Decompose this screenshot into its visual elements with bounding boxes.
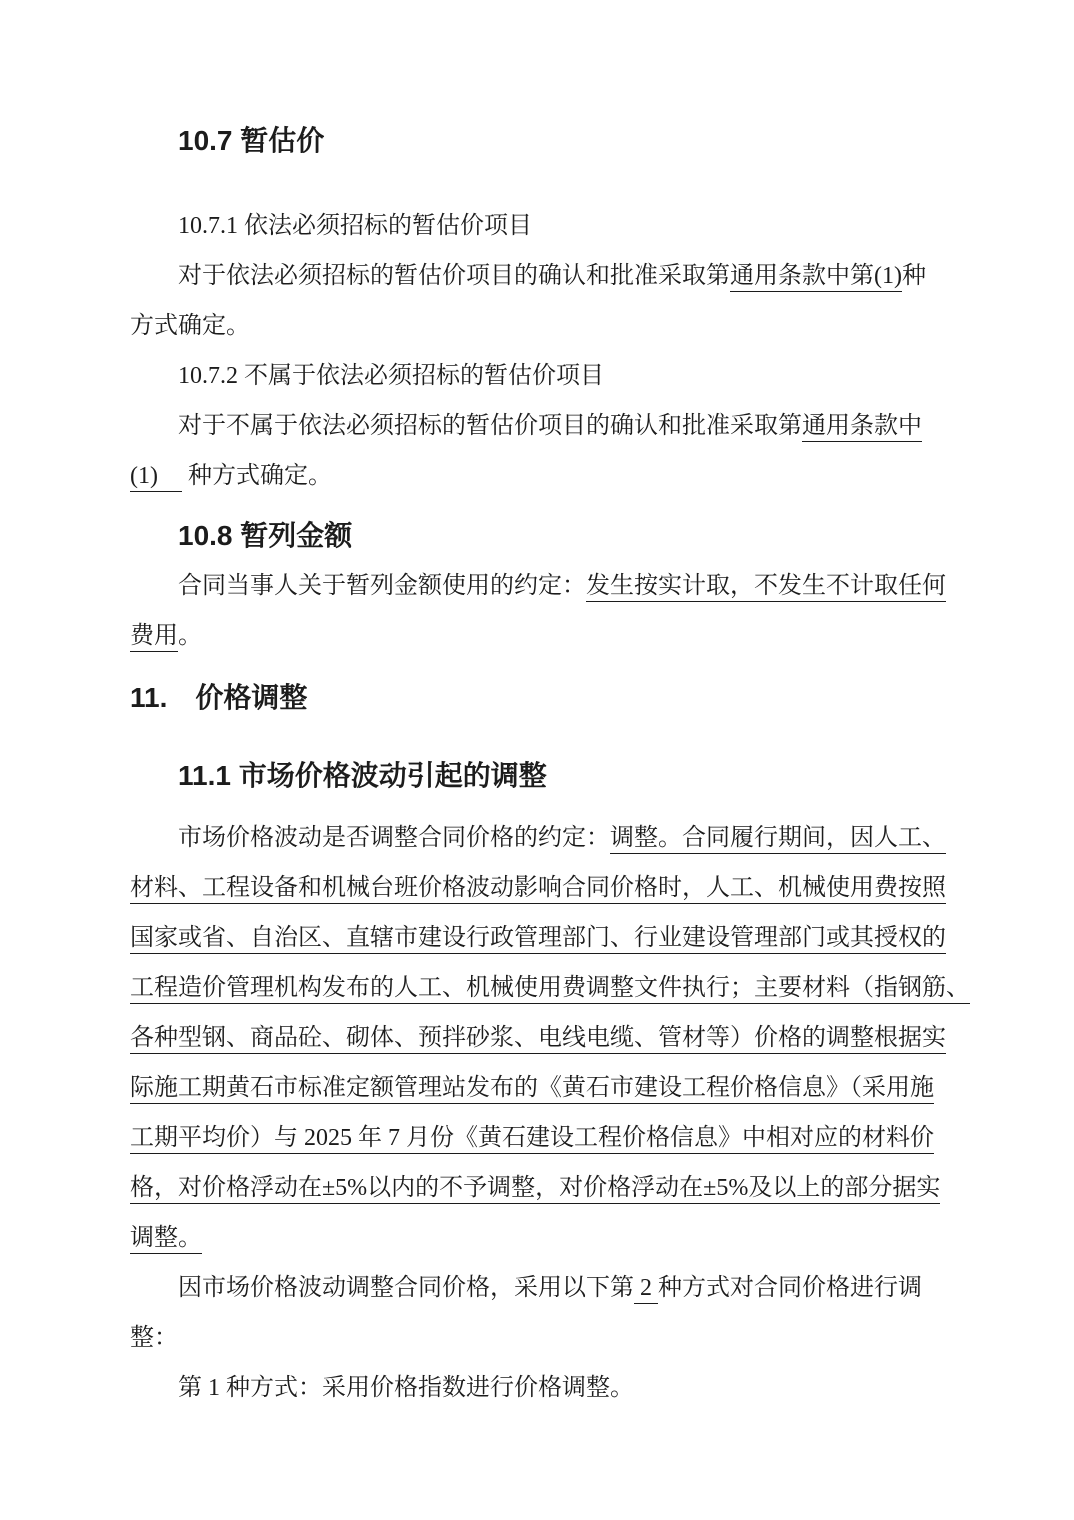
- para-text: 对于依法必须招标的暂估价项目的确认和批准采取第: [178, 263, 730, 289]
- para-10-7-2-line-1: 对于不属于依法必须招标的暂估价项目的确认和批准采取第通用条款中: [130, 401, 990, 451]
- filled-blank: 通用条款中: [802, 413, 922, 442]
- heading-section-10-8: 10.8 暂列金额: [130, 511, 990, 561]
- heading-section-11-1-text: 11.1 市场价格波动引起的调整: [178, 760, 547, 791]
- filled-blank: 费用: [130, 623, 178, 652]
- para-text: 。: [178, 623, 202, 649]
- para-10-7-1-line-2: 方式确定。: [130, 301, 990, 351]
- para-11-1-line-6: 际施工期黄石市标准定额管理站发布的《黄石市建设工程价格信息》（采用施: [130, 1063, 990, 1113]
- para-text: 种: [902, 263, 926, 289]
- contract-document-page: 10.7 暂估价 10.7.1 依法必须招标的暂估价项目 对于依法必须招标的暂估…: [0, 0, 1074, 1520]
- para-11-1-adjust-line-1: 因市场价格波动调整合同价格，采用以下第 2 种方式对合同价格进行调: [130, 1263, 990, 1313]
- filled-blank: 际施工期黄石市标准定额管理站发布的《黄石市建设工程价格信息》（采用施: [130, 1075, 934, 1104]
- filled-blank: 发生按实计取，不发生不计取任何: [586, 573, 946, 602]
- para-10-7-1-line-1: 对于依法必须招标的暂估价项目的确认和批准采取第通用条款中第(1)种: [130, 251, 990, 301]
- para-11-1-line-8: 格，对价格浮动在±5%以内的不予调整，对价格浮动在±5%及以上的部分据实: [130, 1163, 990, 1213]
- heading-clause-10-7-2: 10.7.2 不属于依法必须招标的暂估价项目: [130, 351, 990, 401]
- para-text: 种方式对合同价格进行调: [658, 1275, 922, 1301]
- heading-chapter-11-text: 11. 价格调整: [130, 682, 307, 713]
- filled-blank: 各种型钢、商品砼、砌体、预拌砂浆、电线电缆、管材等）价格的调整根据实: [130, 1025, 946, 1054]
- heading-clause-10-7-2-text: 10.7.2 不属于依法必须招标的暂估价项目: [178, 363, 604, 389]
- filled-blank: 调整。合同履行期间，因人工、: [610, 825, 946, 854]
- para-10-7-2-line-2: (1) 种方式确定。: [130, 451, 990, 501]
- filled-blank: 调整。: [130, 1225, 202, 1254]
- heading-section-10-7: 10.7 暂估价: [130, 116, 990, 166]
- para-text: 对于不属于依法必须招标的暂估价项目的确认和批准采取第: [178, 413, 802, 439]
- para-text: 市场价格波动是否调整合同价格的约定：: [178, 825, 610, 851]
- filled-blank: 材料、工程设备和机械台班价格波动影响合同价格时，人工、机械使用费按照: [130, 875, 946, 904]
- heading-section-10-8-text: 10.8 暂列金额: [178, 520, 352, 551]
- para-11-1-adjust-line-2: 整：: [130, 1313, 990, 1363]
- heading-section-10-7-text: 10.7 暂估价: [178, 125, 324, 156]
- para-11-1-line-4: 工程造价管理机构发布的人工、机械使用费调整文件执行；主要材料（指钢筋、: [130, 963, 990, 1013]
- filled-blank: 2: [634, 1275, 658, 1304]
- para-text: 整：: [130, 1325, 178, 1351]
- para-text: 方式确定。: [130, 313, 250, 339]
- para-10-8-line-2: 费用。: [130, 611, 990, 661]
- filled-blank: (1): [130, 463, 182, 492]
- para-11-1-line-1: 市场价格波动是否调整合同价格的约定：调整。合同履行期间，因人工、: [130, 813, 990, 863]
- filled-blank: 工期平均价）与 2025 年 7 月份《黄石建设工程价格信息》中相对应的材料价: [130, 1125, 934, 1154]
- para-11-1-line-7: 工期平均价）与 2025 年 7 月份《黄石建设工程价格信息》中相对应的材料价: [130, 1113, 990, 1163]
- filled-blank: 国家或省、自治区、直辖市建设行政管理部门、行业建设管理部门或其授权的: [130, 925, 946, 954]
- heading-section-11-1: 11.1 市场价格波动引起的调整: [130, 751, 990, 801]
- filled-blank: 格，对价格浮动在±5%以内的不予调整，对价格浮动在±5%及以上的部分据实: [130, 1175, 940, 1204]
- para-11-1-line-2: 材料、工程设备和机械台班价格波动影响合同价格时，人工、机械使用费按照: [130, 863, 990, 913]
- para-text: 合同当事人关于暂列金额使用的约定：: [178, 573, 586, 599]
- heading-clause-10-7-1-text: 10.7.1 依法必须招标的暂估价项目: [178, 213, 532, 239]
- heading-clause-10-7-1: 10.7.1 依法必须招标的暂估价项目: [130, 201, 990, 251]
- para-method-1-line: 第 1 种方式：采用价格指数进行价格调整。: [130, 1363, 990, 1413]
- heading-chapter-11: 11. 价格调整: [130, 673, 990, 723]
- para-11-1-line-3: 国家或省、自治区、直辖市建设行政管理部门、行业建设管理部门或其授权的: [130, 913, 990, 963]
- para-text: 因市场价格波动调整合同价格，采用以下第: [178, 1275, 634, 1301]
- para-text: 第 1 种方式：采用价格指数进行价格调整。: [178, 1375, 634, 1401]
- para-11-1-line-9: 调整。: [130, 1213, 990, 1263]
- filled-blank: 工程造价管理机构发布的人工、机械使用费调整文件执行；主要材料（指钢筋、: [130, 975, 970, 1004]
- filled-blank: 通用条款中第(1): [730, 263, 902, 292]
- para-text: 种方式确定。: [182, 463, 332, 489]
- para-11-1-line-5: 各种型钢、商品砼、砌体、预拌砂浆、电线电缆、管材等）价格的调整根据实: [130, 1013, 990, 1063]
- para-10-8-line-1: 合同当事人关于暂列金额使用的约定：发生按实计取，不发生不计取任何: [130, 561, 990, 611]
